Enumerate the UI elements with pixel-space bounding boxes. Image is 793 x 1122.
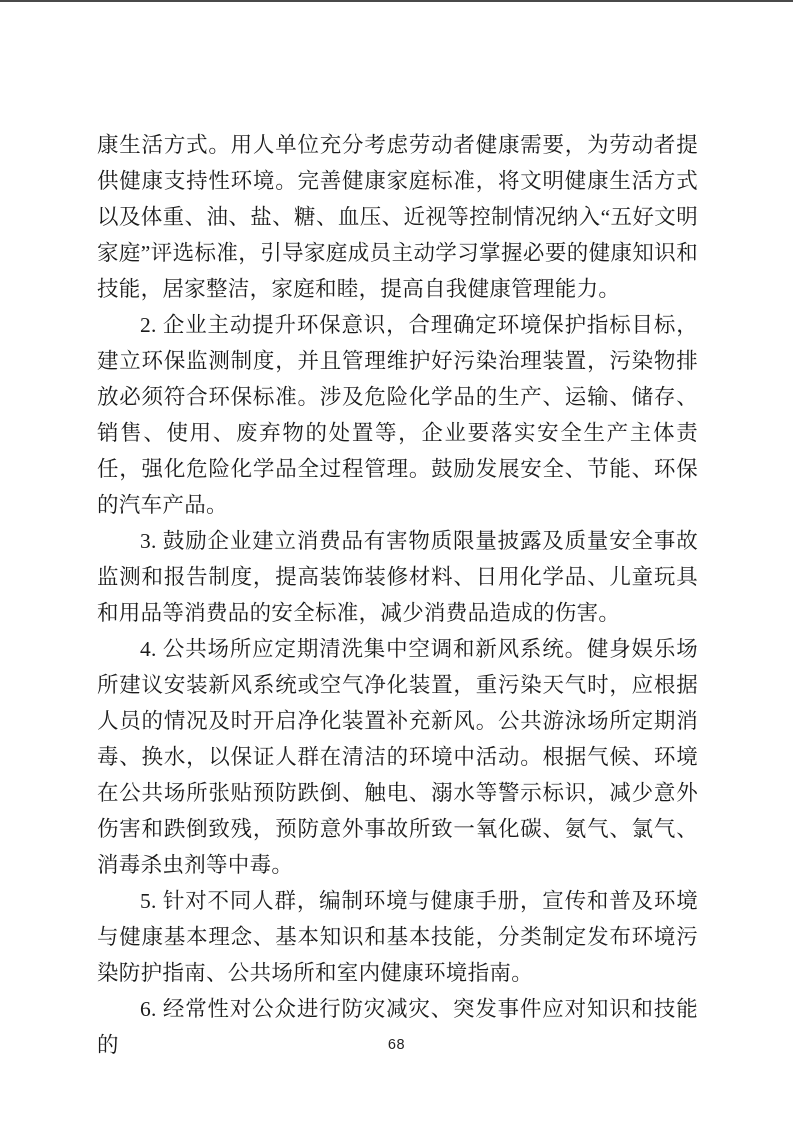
page-number: 68 [388,1037,405,1053]
paragraph-item-5: 5. 针对不同人群，编制环境与健康手册，宣传和普及环境与健康基本理念、基本知识和… [97,883,698,991]
document-page: 康生活方式。用人单位充分考虑劳动者健康需要，为劳动者提供健康支持性环境。完善健康… [0,0,793,1122]
paragraph-item-3: 3. 鼓励企业建立消费品有害物质限量披露及质量安全事故监测和报告制度，提高装饰装… [97,523,698,631]
paragraph-item-4: 4. 公共场所应定期清洗集中空调和新风系统。健身娱乐场所建议安装新风系统或空气净… [97,631,698,883]
paragraph-continuation: 康生活方式。用人单位充分考虑劳动者健康需要，为劳动者提供健康支持性环境。完善健康… [97,127,698,307]
paragraph-item-2: 2. 企业主动提升环保意识，合理确定环境保护指标目标，建立环保监测制度，并且管理… [97,307,698,523]
page-body: 康生活方式。用人单位充分考虑劳动者健康需要，为劳动者提供健康支持性环境。完善健康… [97,127,698,1063]
page-top-edge-line [0,0,793,2]
page-footer: 68 [0,1036,793,1054]
